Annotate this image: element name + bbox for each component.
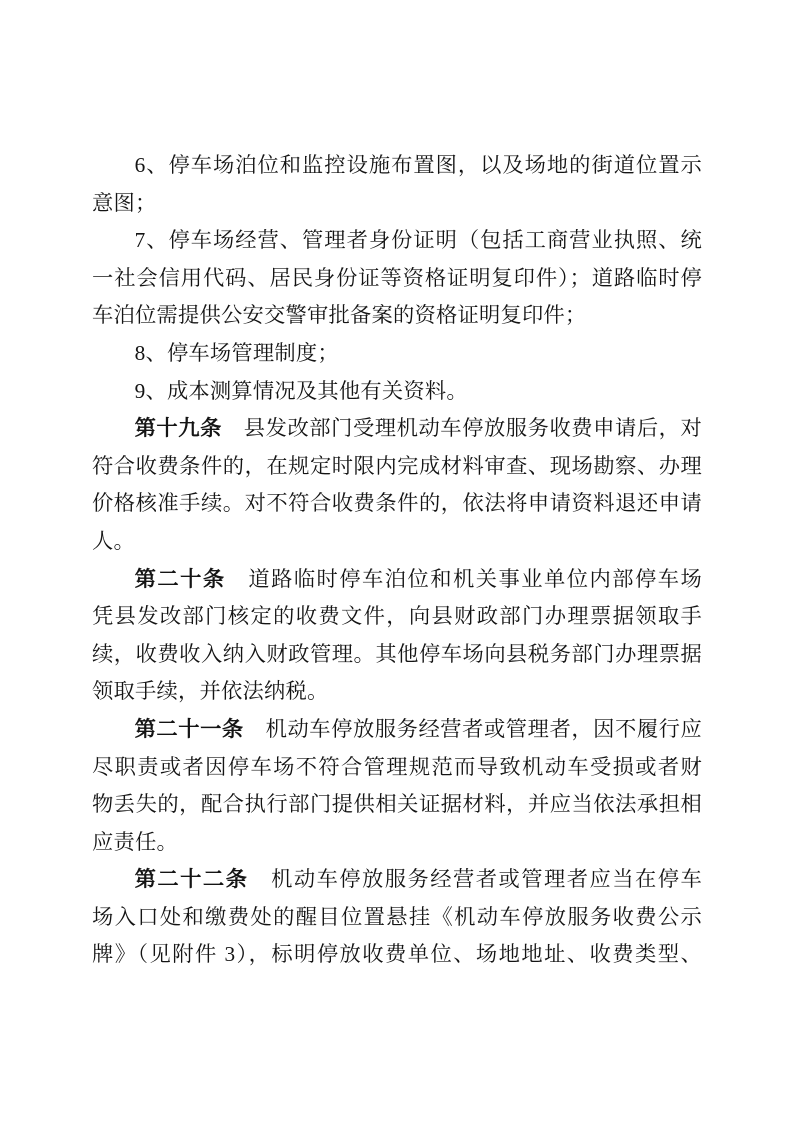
text-run: 机动车停放服务经营者或管理者，因不履行应: [244, 717, 702, 741]
text-run: 车泊位需提供公安交警审批备案的资格证明复印件；: [92, 303, 586, 327]
text-run: 县发改部门受理机动车停放服务收费申请后，对: [222, 416, 702, 440]
text-line: 人。: [92, 523, 702, 561]
text-line: 续，收费收入纳入财政管理。其他停车场向县税务部门办理票据: [92, 636, 702, 674]
text-line: 物丢失的，配合执行部门提供相关证据材料，并应当依法承担相: [92, 786, 702, 824]
document-page: 6、停车场泊位和监控设施布置图，以及场地的街道位置示意图；7、停车场经营、管理者…: [0, 0, 794, 1122]
text-run: 8、停车场管理制度；: [135, 341, 339, 365]
text-run: 符合收费条件的，在规定时限内完成材料审查、现场勘察、办理: [92, 454, 702, 478]
text-run: 续，收费收入纳入财政管理。其他停车场向县税务部门办理票据: [92, 642, 702, 666]
text-run: 应责任。: [92, 830, 178, 854]
text-line: 领取手续，并依法纳税。: [92, 673, 702, 711]
paragraph-article-20: 第二十条 道路临时停车泊位和机关事业单位内部停车场凭县发改部门核定的收费文件，向…: [92, 561, 702, 711]
text-line: 第二十条 道路临时停车泊位和机关事业单位内部停车场: [92, 561, 702, 599]
text-line: 意图；: [92, 185, 702, 223]
paragraph-article-19: 第十九条 县发改部门受理机动车停放服务收费申请后，对符合收费条件的，在规定时限内…: [92, 410, 702, 560]
text-line: 8、停车场管理制度；: [92, 335, 702, 373]
text-line: 尽职责或者因停车场不符合管理规范而导致机动车受损或者财: [92, 749, 702, 787]
text-run: 机动车停放服务经营者或管理者应当在停车: [248, 867, 702, 891]
text-run: 意图；: [92, 191, 157, 215]
text-line: 应责任。: [92, 824, 702, 862]
text-run: 价格核准手续。对不符合收费条件的，依法将申请资料退还申请: [92, 491, 702, 515]
document-body: 6、停车场泊位和监控设施布置图，以及场地的街道位置示意图；7、停车场经营、管理者…: [92, 147, 702, 974]
text-line: 场入口处和缴费处的醒目位置悬挂《机动车停放服务收费公示: [92, 899, 702, 937]
text-line: 第二十一条 机动车停放服务经营者或管理者，因不履行应: [92, 711, 702, 749]
text-line: 价格核准手续。对不符合收费条件的，依法将申请资料退还申请: [92, 485, 702, 523]
text-line: 一社会信用代码、居民身份证等资格证明复印件）；道路临时停: [92, 260, 702, 298]
text-run: 6、停车场泊位和监控设施布置图，以及场地的街道位置示: [135, 153, 702, 177]
text-line: 车泊位需提供公安交警审批备案的资格证明复印件；: [92, 297, 702, 335]
text-run: 尽职责或者因停车场不符合管理规范而导致机动车受损或者财: [92, 755, 702, 779]
text-line: 牌》（见附件 3），标明停放收费单位、场地地址、收费类型、: [92, 936, 702, 974]
text-run: 7、停车场经营、管理者身份证明（包括工商营业执照、统: [135, 228, 702, 252]
text-line: 9、成本测算情况及其他有关资料。: [92, 373, 702, 411]
paragraph-item-7: 7、停车场经营、管理者身份证明（包括工商营业执照、统一社会信用代码、居民身份证等…: [92, 222, 702, 335]
paragraph-item-9: 9、成本测算情况及其他有关资料。: [92, 373, 702, 411]
article-number: 第二十一条: [135, 717, 244, 741]
text-run: 人。: [92, 529, 135, 553]
text-line: 凭县发改部门核定的收费文件，向县财政部门办理票据领取手: [92, 598, 702, 636]
text-line: 符合收费条件的，在规定时限内完成材料审查、现场勘察、办理: [92, 448, 702, 486]
text-run: 场入口处和缴费处的醒目位置悬挂《机动车停放服务收费公示: [92, 905, 702, 929]
article-number: 第二十二条: [135, 867, 249, 891]
article-number: 第二十条: [135, 567, 226, 591]
paragraph-article-22: 第二十二条 机动车停放服务经营者或管理者应当在停车场入口处和缴费处的醒目位置悬挂…: [92, 861, 702, 974]
text-line: 6、停车场泊位和监控设施布置图，以及场地的街道位置示: [92, 147, 702, 185]
text-run: 领取手续，并依法纳税。: [92, 679, 328, 703]
paragraph-item-8: 8、停车场管理制度；: [92, 335, 702, 373]
text-line: 7、停车场经营、管理者身份证明（包括工商营业执照、统: [92, 222, 702, 260]
text-run: 道路临时停车泊位和机关事业单位内部停车场: [226, 567, 702, 591]
text-line: 第十九条 县发改部门受理机动车停放服务收费申请后，对: [92, 410, 702, 448]
text-run: 一社会信用代码、居民身份证等资格证明复印件）；道路临时停: [92, 266, 702, 290]
text-run: 9、成本测算情况及其他有关资料。: [135, 379, 468, 403]
paragraph-article-21: 第二十一条 机动车停放服务经营者或管理者，因不履行应尽职责或者因停车场不符合管理…: [92, 711, 702, 861]
text-run: 牌》（见附件 3），标明停放收费单位、场地地址、收费类型、: [92, 942, 702, 966]
article-number: 第十九条: [135, 416, 222, 440]
text-run: 凭县发改部门核定的收费文件，向县财政部门办理票据领取手: [92, 604, 702, 628]
text-run: 物丢失的，配合执行部门提供相关证据材料，并应当依法承担相: [92, 792, 702, 816]
paragraph-item-6: 6、停车场泊位和监控设施布置图，以及场地的街道位置示意图；: [92, 147, 702, 222]
text-line: 第二十二条 机动车停放服务经营者或管理者应当在停车: [92, 861, 702, 899]
